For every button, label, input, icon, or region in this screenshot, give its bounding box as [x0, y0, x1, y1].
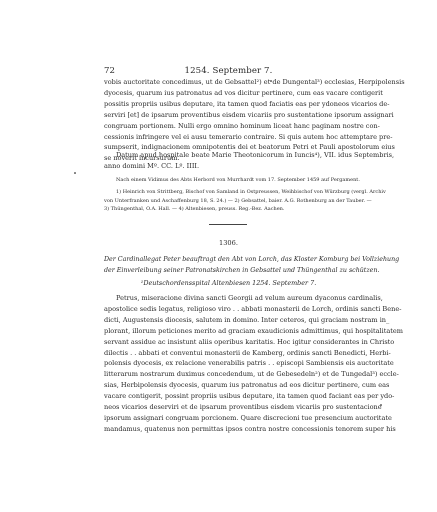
summary-line: der Einverleibung seiner Patronatskirche…	[104, 265, 353, 276]
scan-speck	[270, 80, 272, 82]
text-line: sias, Herbipolensis dyocesis, quarum ius…	[104, 380, 353, 391]
source-note: Nach einem Vidimus des Abts Herbord von …	[116, 176, 353, 184]
text-line: ipsorum assignari congruam porcionem. Qu…	[104, 413, 353, 424]
text-line: possitis propriis usibus deputare, ita t…	[104, 99, 353, 110]
scan-speck	[74, 172, 76, 174]
text-line: vobis auctoritate concedimus, ut de Gebs…	[104, 77, 353, 88]
text-line: cessionis infringere vel ei ausu temerar…	[104, 132, 353, 143]
text-line: Datum apud hospitale beate Marie Theoton…	[104, 150, 353, 161]
text-line: serviri [et] de ipsarum proventibus eisd…	[104, 110, 353, 121]
text-line: Petrus, miseracione divina sancti Georgi…	[104, 293, 353, 304]
document-number: 1306.	[104, 239, 353, 247]
summary-line: Der Cardinallegat Peter beauftragt den A…	[104, 254, 353, 265]
document-date-line: ¹Deutschordensspital Altenbiesen 1254. S…	[104, 279, 353, 287]
footnote-line: 3) Thüngenthal, O.A. Hall. — 4) Altenbie…	[104, 205, 353, 214]
text-line: litterarum nostrarum duximus concedendum…	[104, 369, 353, 380]
text-line: neos vicarios deserviri et de ipsarum pr…	[104, 402, 353, 413]
text-line: dyocesis, quarum ius patronatus ad vos d…	[104, 88, 353, 99]
text-line: dilectis . . abbati et conventui monaste…	[104, 348, 353, 359]
text-line: apostolice sedis legatus, religioso viro…	[104, 304, 353, 315]
footnote-line: von Unterfranken und Aschaffenburg 18, S…	[104, 197, 353, 206]
footnotes: 1) Heinrich von Strittberg, Bischof von …	[104, 188, 353, 214]
text-line: plorant, illorum peticiones merito ad gr…	[104, 326, 353, 337]
text-line: vacare contigerit, possint propriis usib…	[104, 391, 353, 402]
datum-clause: Datum apud hospitale beate Marie Theoton…	[104, 150, 353, 172]
document-body: Petrus, miseracione divina sancti Georgi…	[104, 293, 353, 435]
document-summary: Der Cardinallegat Peter beauftragt den A…	[104, 254, 353, 276]
text-line: anno domini Mº. CC. Lº. IIII.	[104, 161, 353, 172]
section-divider	[209, 224, 247, 225]
text-line: dicti, Augustensis diocesis, salutem in …	[104, 315, 353, 326]
text-line: servant assidue ac insistunt aliis operi…	[104, 337, 353, 348]
text-line: congruam portionem. Nulli ergo omnino ho…	[104, 121, 353, 132]
text-line: polensis dyocesis, ex relacione venerabi…	[104, 358, 353, 369]
text-line: mandamus, quatenus non permittas ipsos c…	[104, 424, 353, 435]
running-head-date: 1254. September 7.	[104, 66, 353, 76]
scan-speck	[380, 404, 382, 406]
footnote-line: 1) Heinrich von Strittberg, Bischof von …	[104, 188, 353, 197]
